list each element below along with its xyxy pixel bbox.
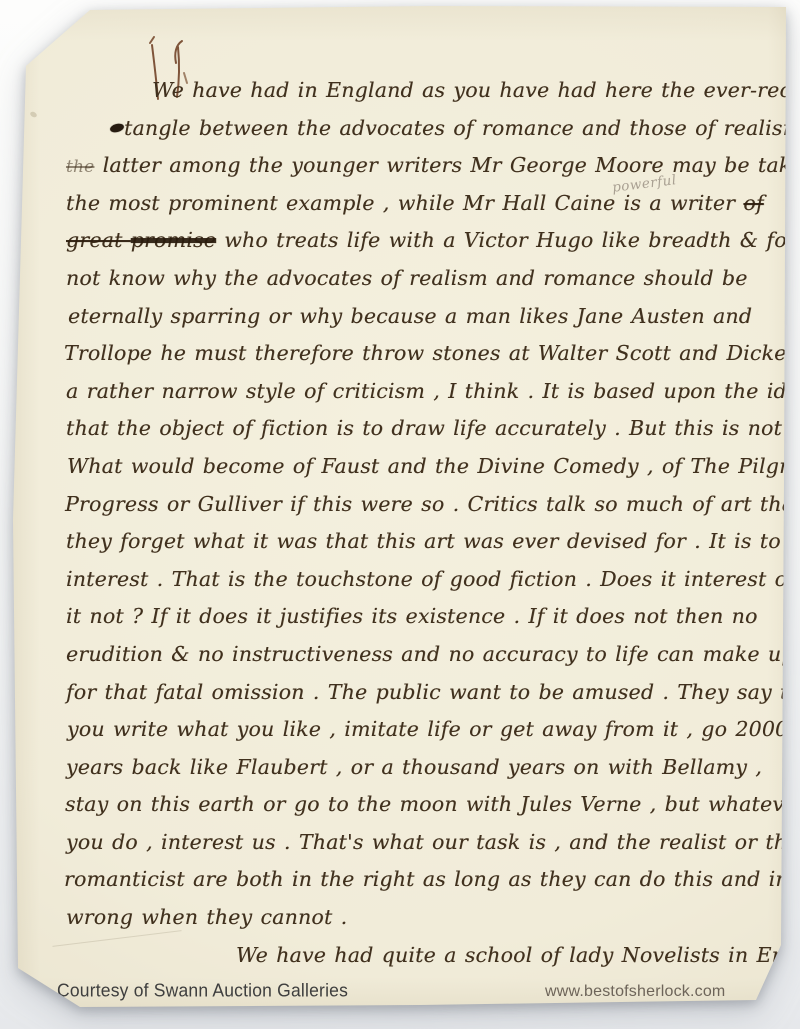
manuscript-line: romanticist are both in the right as lon… — [58, 861, 772, 899]
manuscript-line: wrong when they cannot . — [58, 899, 772, 937]
manuscript-line: interest . That is the touchstone of goo… — [58, 561, 772, 599]
manuscript-text-segment: the most prominent example , while Mr Ha… — [66, 191, 743, 215]
manuscript-text-segment: wrong when they cannot . — [66, 905, 347, 929]
watermark-url: www.bestofsherlock.com — [545, 983, 725, 1001]
manuscript-text-segment: the — [66, 157, 94, 177]
manuscript-text-segment: not know why the advocates of realism an… — [66, 266, 748, 290]
manuscript-text-segment: you write what you like , imitate life o… — [67, 717, 788, 741]
manuscript-lines: We have had in England as you have had h… — [58, 72, 772, 974]
manuscript-text-segment: eternally sparring or why because a man … — [68, 304, 752, 328]
manuscript-line: for that fatal omission . The public wan… — [58, 674, 772, 712]
manuscript-text-segment: erudition & no instructiveness and no ac… — [66, 642, 795, 666]
manuscript-text-segment: who treats life with a Victor Hugo like … — [216, 228, 800, 252]
manuscript-text-segment: great — [66, 228, 131, 252]
manuscript-line: tangle between the advocates of romance … — [58, 110, 772, 148]
manuscript-text-segment: What would become of Faust and the Divin… — [67, 454, 800, 478]
manuscript-text-segment: it not ? If it does it justifies its exi… — [66, 604, 758, 628]
manuscript-text-segment: interest . That is the touchstone of goo… — [66, 567, 800, 591]
manuscript-text-segment: We have had quite a school of lady Novel… — [236, 943, 800, 967]
manuscript-line: they forget what it was that this art wa… — [58, 523, 772, 561]
manuscript-line: We have had quite a school of lady Novel… — [58, 937, 772, 975]
manuscript-text-segment: that the object of fiction is to draw li… — [66, 416, 800, 440]
manuscript-line: Trollope he must therefore throw stones … — [58, 335, 772, 373]
manuscript-text-segment: you do , interest us . That's what our t… — [66, 830, 800, 854]
manuscript-line: stay on this earth or go to the moon wit… — [58, 786, 772, 824]
manuscript-line: years back like Flaubert , or a thousand… — [58, 749, 772, 787]
manuscript-line: it not ? If it does it justifies its exi… — [58, 598, 772, 636]
manuscript-line: that the object of fiction is to draw li… — [58, 410, 772, 448]
manuscript-line: not know why the advocates of realism an… — [58, 260, 772, 298]
manuscript-line: Progress or Gulliver if this were so . C… — [58, 486, 772, 524]
manuscript-text-segment: stay on this earth or go to the moon wit… — [65, 792, 800, 816]
manuscript-text-segment: a rather narrow style of criticism , I t… — [66, 379, 800, 403]
manuscript-text-segment: promise — [131, 228, 216, 252]
manuscript-line: you do , interest us . That's what our t… — [58, 824, 772, 862]
manuscript-text-segment: romanticist are both in the right as lon… — [64, 867, 800, 891]
manuscript-line: eternally sparring or why because a man … — [58, 298, 772, 336]
manuscript-text-segment: years back like Flaubert , or a thousand… — [66, 755, 762, 779]
paper-speck — [29, 111, 38, 119]
manuscript-text-segment: tangle between the advocates of romance … — [124, 116, 800, 140]
manuscript-paper: We have had in England as you have had h… — [0, 0, 800, 1029]
manuscript-line: What would become of Faust and the Divin… — [58, 448, 772, 486]
manuscript-line: We have had in England as you have had h… — [58, 72, 772, 110]
manuscript-text-segment: for that fatal omission . The public wan… — [66, 680, 800, 704]
manuscript-line: you write what you like , imitate life o… — [58, 711, 772, 749]
manuscript-text-segment: Progress or Gulliver if this were so . C… — [65, 492, 800, 516]
manuscript-line: erudition & no instructiveness and no ac… — [58, 636, 772, 674]
manuscript-line: great promise who treats life with a Vic… — [58, 222, 772, 260]
manuscript-line: a rather narrow style of criticism , I t… — [58, 373, 772, 411]
manuscript-text-segment: they forget what it was that this art wa… — [66, 529, 781, 553]
manuscript-text-segment: Trollope he must therefore throw stones … — [64, 341, 800, 365]
credit-caption: Courtesy of Swann Auction Galleries — [57, 979, 348, 1001]
manuscript-photo: We have had in England as you have had h… — [0, 0, 800, 1029]
manuscript-text-segment: of — [743, 191, 763, 215]
manuscript-line: the most prominent example , while Mr Ha… — [58, 185, 772, 223]
manuscript-text-segment: We have had in England as you have had h… — [152, 78, 800, 102]
manuscript-text-segment: latter among the younger writers Mr Geor… — [94, 153, 800, 177]
